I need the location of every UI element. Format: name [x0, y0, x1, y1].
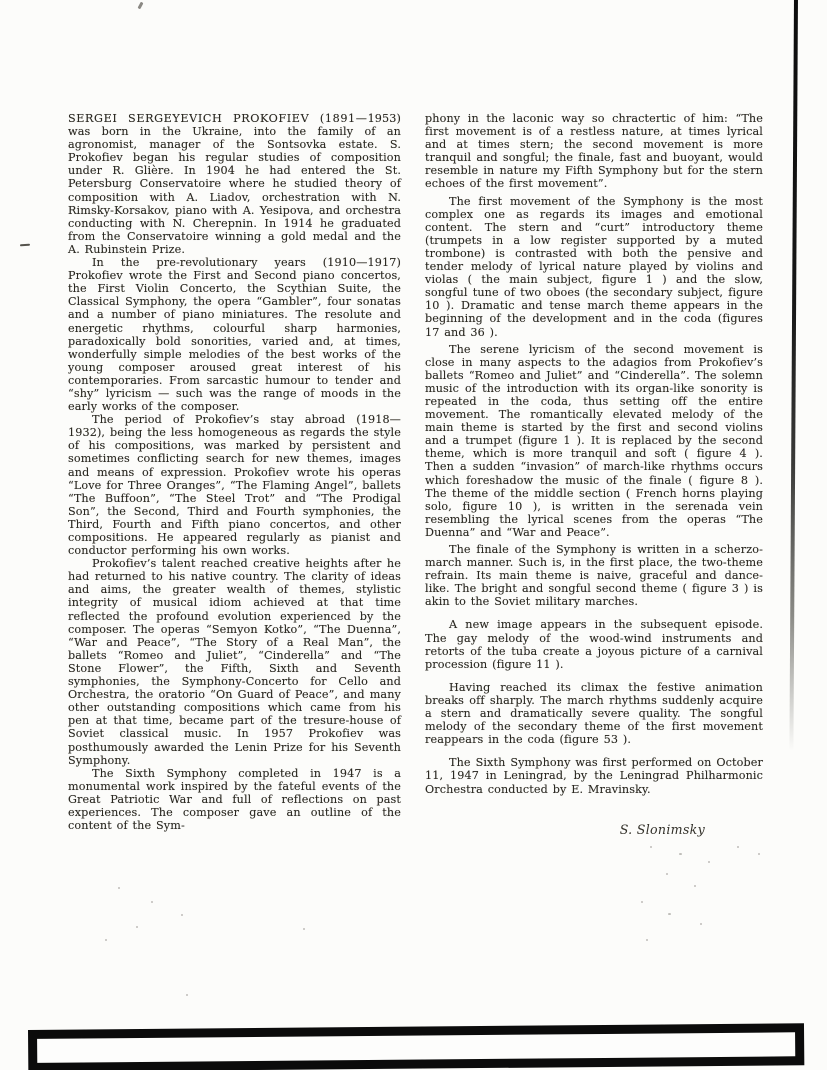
paragraph-climax: Having reached its climax the festive an…: [425, 681, 763, 746]
scan-speck: [181, 914, 183, 916]
scan-speck: [641, 901, 643, 903]
top-smudge-mark: [138, 2, 144, 10]
author-signature: S. Slonimsky: [425, 822, 705, 837]
scan-speck: [118, 887, 120, 889]
paragraph-first-movement: The first movement of the Symphony is th…: [425, 195, 763, 339]
scan-speck: [737, 846, 739, 848]
next-page-border-frame: [28, 1023, 804, 1070]
left-column: SERGEI SERGEYEVICH PROKOFIEV (1891—1953)…: [68, 112, 401, 837]
paragraph-new-image: A new image appears in the subsequent ep…: [425, 618, 763, 670]
paragraph-finale: The finale of the Symphony is written in…: [425, 543, 763, 608]
scan-speck: [303, 928, 305, 930]
paragraph-text: 1953) was born in the Ukraine, into the …: [68, 112, 401, 256]
scan-speck: [151, 901, 153, 903]
scan-speck: [105, 939, 107, 941]
scanned-document-page: SERGEI SERGEYEVICH PROKOFIEV (1891—1953)…: [0, 0, 827, 1070]
scan-speck: [679, 853, 682, 855]
scan-speck: [650, 846, 652, 848]
scan-speck: [694, 885, 696, 887]
scan-speck: [668, 913, 671, 915]
scan-speck: [646, 939, 648, 941]
two-column-text-block: SERGEI SERGEYEVICH PROKOFIEV (1891—1953)…: [68, 112, 763, 837]
paragraph-prerevolutionary-years: In the pre-revolutionary years (1910—191…: [68, 256, 401, 413]
paragraph-bio-intro: SERGEI SERGEYEVICH PROKOFIEV (1891—1953)…: [68, 112, 401, 256]
scan-speck: [700, 923, 702, 925]
margin-dash-mark: [20, 244, 30, 247]
scan-speck: [186, 994, 188, 996]
scan-speck: [136, 926, 138, 928]
scan-speck: [708, 861, 710, 863]
right-column: phony in the laconic way so chractertic …: [425, 112, 763, 837]
paragraph-sixth-symphony-intro: The Sixth Symphony completed in 1947 is …: [68, 767, 401, 832]
paragraph-premiere: The Sixth Symphony was first performed o…: [425, 756, 763, 795]
scan-speck: [758, 853, 760, 855]
paragraph-symphony-quote: phony in the laconic way so chractertic …: [425, 112, 763, 191]
paragraph-second-movement: The serene lyricism of the second moveme…: [425, 343, 763, 539]
scan-speck: [666, 873, 668, 875]
composer-name-caps: SERGEI SERGEYEVICH PROKOFIEV (1891—: [68, 112, 368, 125]
page-edge-scan-line: [789, 0, 798, 751]
paragraph-stay-abroad: The period of Prokofiev’s stay abroad (1…: [68, 413, 401, 557]
paragraph-return-home: Prokofiev’s talent reached creative heig…: [68, 557, 401, 767]
